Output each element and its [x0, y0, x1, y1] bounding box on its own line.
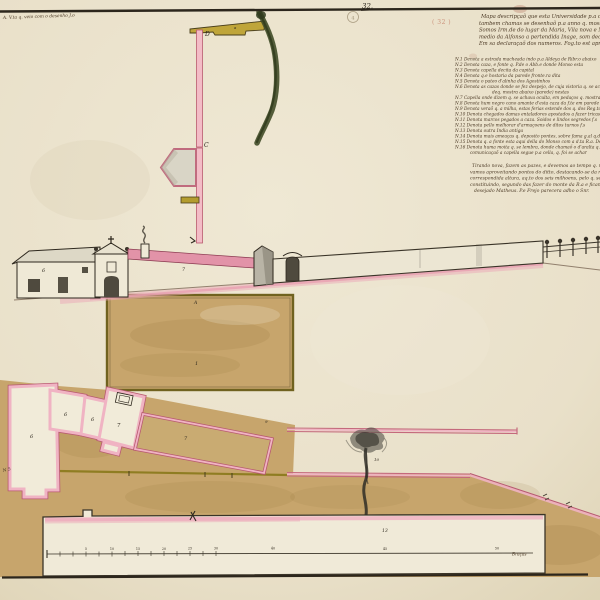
map-drawing: A 1 a D C	[0, 0, 600, 600]
legend-line: N.14 Denota mais ameaças q. deposito pon…	[454, 135, 600, 140]
paper-mottle	[30, 140, 150, 220]
bottom-wall-number: 13	[382, 528, 388, 534]
courtyard-plan: A 1	[107, 295, 293, 390]
courtyard-number: 1	[195, 361, 198, 367]
paragraph-line: correspondida altura, aq.to dos seis mil…	[470, 176, 600, 182]
legend-line: N.10 Denota chegados damas entaladores a…	[454, 113, 600, 118]
svg-text:5: 5	[85, 547, 87, 551]
paragraph-line: Tirando nova, fazem as pazes, e devemos …	[472, 163, 600, 169]
paragraph-line: vamos aproveitando pontos do ditto, dest…	[470, 169, 600, 175]
yellow-gate-bar	[181, 197, 199, 203]
bottom-wall-elevation: 13 5 10 15 20 25 30 40 45 50 Braças	[43, 510, 545, 576]
legend-line: N.2 Denota caza, e fonte q. P.de o Abb.e…	[454, 63, 583, 68]
title-block: Mapa descripçaõ que esta Universidade p.…	[478, 13, 600, 47]
legend-line: deq. mostra abaixo (parede) nestas	[492, 91, 570, 96]
svg-text:25: 25	[188, 547, 192, 551]
legend-line: N.16 Denota huma moita q. se lembra, don…	[454, 146, 600, 151]
svg-text:20: 20	[162, 547, 166, 551]
church-finial	[94, 247, 98, 251]
svg-text:45: 45	[383, 547, 387, 551]
svg-text:10: 10	[110, 547, 114, 551]
svg-text:30: 30	[214, 547, 218, 551]
legend-line: N.9 Denota veraõ q. a milha, estas feria…	[454, 107, 600, 112]
scale-unit-label: Braças	[511, 552, 527, 557]
legend-line: N.15 Denota q. a fonte esta aqui della d…	[454, 140, 600, 145]
tree-number: 10	[374, 457, 380, 462]
title-line: medio da Alfonso a pertendida Inage, som…	[479, 33, 600, 40]
wall-joint	[476, 244, 482, 266]
house-attic-window	[82, 267, 88, 273]
legend-line: N.13 Denota outra India antiga	[454, 129, 523, 134]
svg-text:40: 40	[271, 547, 275, 551]
legend-line: N.6 Denota as cazas donde se fez despejo…	[454, 85, 600, 90]
legend-line: N.7 Capella onde dizem q. se achava ocul…	[454, 96, 600, 101]
legend-line: N.11 Denota marcos pegados a caza. Soido…	[454, 118, 598, 123]
wall-letter-d: D	[204, 31, 210, 38]
wall-gate	[286, 257, 299, 281]
chimney	[141, 244, 149, 258]
legend-line: N.12 Denota pello melhorar d'armaçoens d…	[454, 124, 586, 129]
closing-paragraph: Tirando nova, fazem as pazes, e devemos …	[470, 163, 600, 194]
church-door	[104, 276, 119, 297]
chapel-number: 7	[117, 423, 121, 429]
legend-line: N.3 Denota capella decita da capital	[454, 69, 535, 74]
house-window	[28, 279, 40, 292]
svg-text:15: 15	[136, 547, 140, 551]
svg-text:4: 4	[351, 15, 354, 21]
paragraph-line: constituindo, segundo das fazer do monte…	[470, 182, 600, 188]
house-number: 6	[42, 268, 45, 274]
title-line: Em sa declaraçaõ dos numeros. Fog.to est…	[478, 40, 600, 47]
title-line: Somos Irm.de do lugar da Maria, Vila nov…	[479, 28, 600, 34]
chapel-steps	[102, 442, 120, 454]
page-number-red-pencil: ( 32 )	[432, 19, 451, 26]
legend-line: N.8 Denota hum negro cano amante d'esta …	[454, 102, 600, 107]
title-line: tambem chamas se desenhaõ p.a anno q. mo…	[479, 20, 600, 27]
room-mid	[50, 390, 85, 434]
title-line: Mapa descripçaõ que esta Universidade p.…	[480, 13, 600, 20]
manuscript-map-page: A 1 a D C	[0, 0, 600, 600]
legend-line: N.1 Denota a estrada macheada indo p.a A…	[454, 58, 597, 63]
svg-text:32.: 32.	[362, 3, 373, 11]
svg-text:50: 50	[495, 547, 499, 551]
paragraph-line: desejado Matheus. P.e Frejo parecera adh…	[474, 188, 590, 194]
legend-line: N.4 Denota q.e hostaria da parede fronte…	[454, 74, 561, 79]
wall-letter-c: C	[204, 142, 209, 149]
paper-mottle	[310, 285, 490, 395]
legend-line: N.5 Denota o pateo d'alinha dos Agostinh…	[454, 80, 551, 85]
legend-line: comunicaçaõ a capella segue p.a cella, q…	[470, 151, 588, 156]
house-door	[58, 277, 68, 293]
